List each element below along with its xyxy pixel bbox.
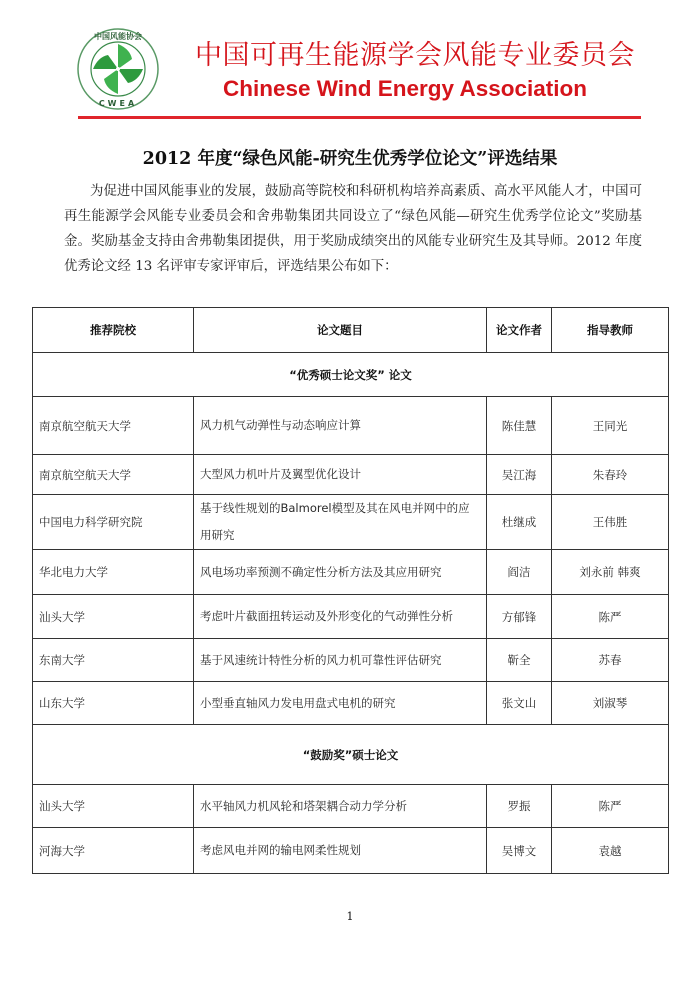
cell-author: 罗振	[487, 785, 552, 828]
section-label: “鼓励奖”硕士论文	[33, 725, 669, 785]
cell-advisor: 王伟胜	[552, 495, 669, 550]
cell-advisor: 陈严	[552, 785, 669, 828]
cell-school: 山东大学	[33, 682, 194, 725]
table-row: 汕头大学 考虑叶片截面扭转运动及外形变化的气动弹性分析 方郁锋 陈严	[33, 595, 669, 639]
cell-advisor: 刘永前 韩爽	[552, 550, 669, 595]
cell-school: 南京航空航天大学	[33, 397, 194, 455]
header-title: 论文题目	[194, 308, 487, 353]
cell-title: 风力机气动弹性与动态响应计算	[194, 397, 487, 455]
cell-advisor: 袁越	[552, 828, 669, 874]
cell-advisor: 陈严	[552, 595, 669, 639]
section-label: “优秀硕士论文奖” 论文	[33, 353, 669, 397]
cell-school: 河海大学	[33, 828, 194, 874]
cell-school: 东南大学	[33, 639, 194, 682]
cell-author: 杜继成	[487, 495, 552, 550]
cell-school: 中国电力科学研究院	[33, 495, 194, 550]
cwea-windmill-logo-icon: 中国风能协会 CWEA	[76, 27, 160, 111]
cell-title: 水平轴风力机风轮和塔架耦合动力学分析	[194, 785, 487, 828]
table-row: 中国电力科学研究院 基于线性规划的Balmorel模型及其在风电并网中的应用研究…	[33, 495, 669, 550]
svg-text:中国风能协会: 中国风能协会	[94, 31, 142, 41]
cell-author: 吴江海	[487, 455, 552, 495]
cell-advisor: 苏春	[552, 639, 669, 682]
cell-title: 风电场功率预测不确定性分析方法及其应用研究	[194, 550, 487, 595]
letterhead-divider	[78, 116, 641, 119]
cell-author: 靳全	[487, 639, 552, 682]
cell-title: 基于线性规划的Balmorel模型及其在风电并网中的应用研究	[194, 495, 487, 550]
letterhead: 中国风能协会 CWEA 中国可再生能源学会风能专业委员会 Chinese Win…	[0, 0, 700, 125]
intro-paragraph: 为促进中国风能事业的发展，鼓励高等院校和科研机构培养高素质、高水平风能人才，中国…	[64, 179, 642, 279]
org-name-en: Chinese Wind Energy Association	[195, 76, 615, 102]
cell-school: 华北电力大学	[33, 550, 194, 595]
header-school: 推荐院校	[33, 308, 194, 353]
page-number: 1	[0, 910, 700, 923]
cell-school: 汕头大学	[33, 595, 194, 639]
cell-school: 汕头大学	[33, 785, 194, 828]
cell-author: 阎洁	[487, 550, 552, 595]
cell-title: 考虑风电并网的输电网柔性规划	[194, 828, 487, 874]
header-author: 论文作者	[487, 308, 552, 353]
cell-advisor: 朱春玲	[552, 455, 669, 495]
cell-school: 南京航空航天大学	[33, 455, 194, 495]
cell-title: 小型垂直轴风力发电用盘式电机的研究	[194, 682, 487, 725]
cell-author: 张文山	[487, 682, 552, 725]
cell-title: 基于风速统计特性分析的风力机可靠性评估研究	[194, 639, 487, 682]
table-row: 南京航空航天大学 大型风力机叶片及翼型优化设计 吴江海 朱春玲	[33, 455, 669, 495]
table-row: 华北电力大学 风电场功率预测不确定性分析方法及其应用研究 阎洁 刘永前 韩爽	[33, 550, 669, 595]
table-header-row: 推荐院校 论文题目 论文作者 指导教师	[33, 308, 669, 353]
cell-author: 吴博文	[487, 828, 552, 874]
table-row: 河海大学 考虑风电并网的输电网柔性规划 吴博文 袁越	[33, 828, 669, 874]
table-row: 东南大学 基于风速统计特性分析的风力机可靠性评估研究 靳全 苏春	[33, 639, 669, 682]
table-row: 南京航空航天大学 风力机气动弹性与动态响应计算 陈佳慧 王同光	[33, 397, 669, 455]
cell-title: 考虑叶片截面扭转运动及外形变化的气动弹性分析	[194, 595, 487, 639]
table-row: 汕头大学 水平轴风力机风轮和塔架耦合动力学分析 罗振 陈严	[33, 785, 669, 828]
cell-title: 大型风力机叶片及翼型优化设计	[194, 455, 487, 495]
org-name-cn: 中国可再生能源学会风能专业委员会	[195, 38, 615, 74]
section-row-encouragement: “鼓励奖”硕士论文	[33, 725, 669, 785]
svg-text:CWEA: CWEA	[99, 99, 137, 108]
results-table: 推荐院校 论文题目 论文作者 指导教师 “优秀硕士论文奖” 论文 南京航空航天大…	[32, 307, 669, 874]
cell-author: 陈佳慧	[487, 397, 552, 455]
cell-advisor: 刘淑琴	[552, 682, 669, 725]
cell-advisor: 王同光	[552, 397, 669, 455]
table-row: 山东大学 小型垂直轴风力发电用盘式电机的研究 张文山 刘淑琴	[33, 682, 669, 725]
cell-author: 方郁锋	[487, 595, 552, 639]
header-advisor: 指导教师	[552, 308, 669, 353]
section-row-excellent: “优秀硕士论文奖” 论文	[33, 353, 669, 397]
document-title: 2012 年度“绿色风能-研究生优秀学位论文”评选结果	[0, 147, 700, 171]
